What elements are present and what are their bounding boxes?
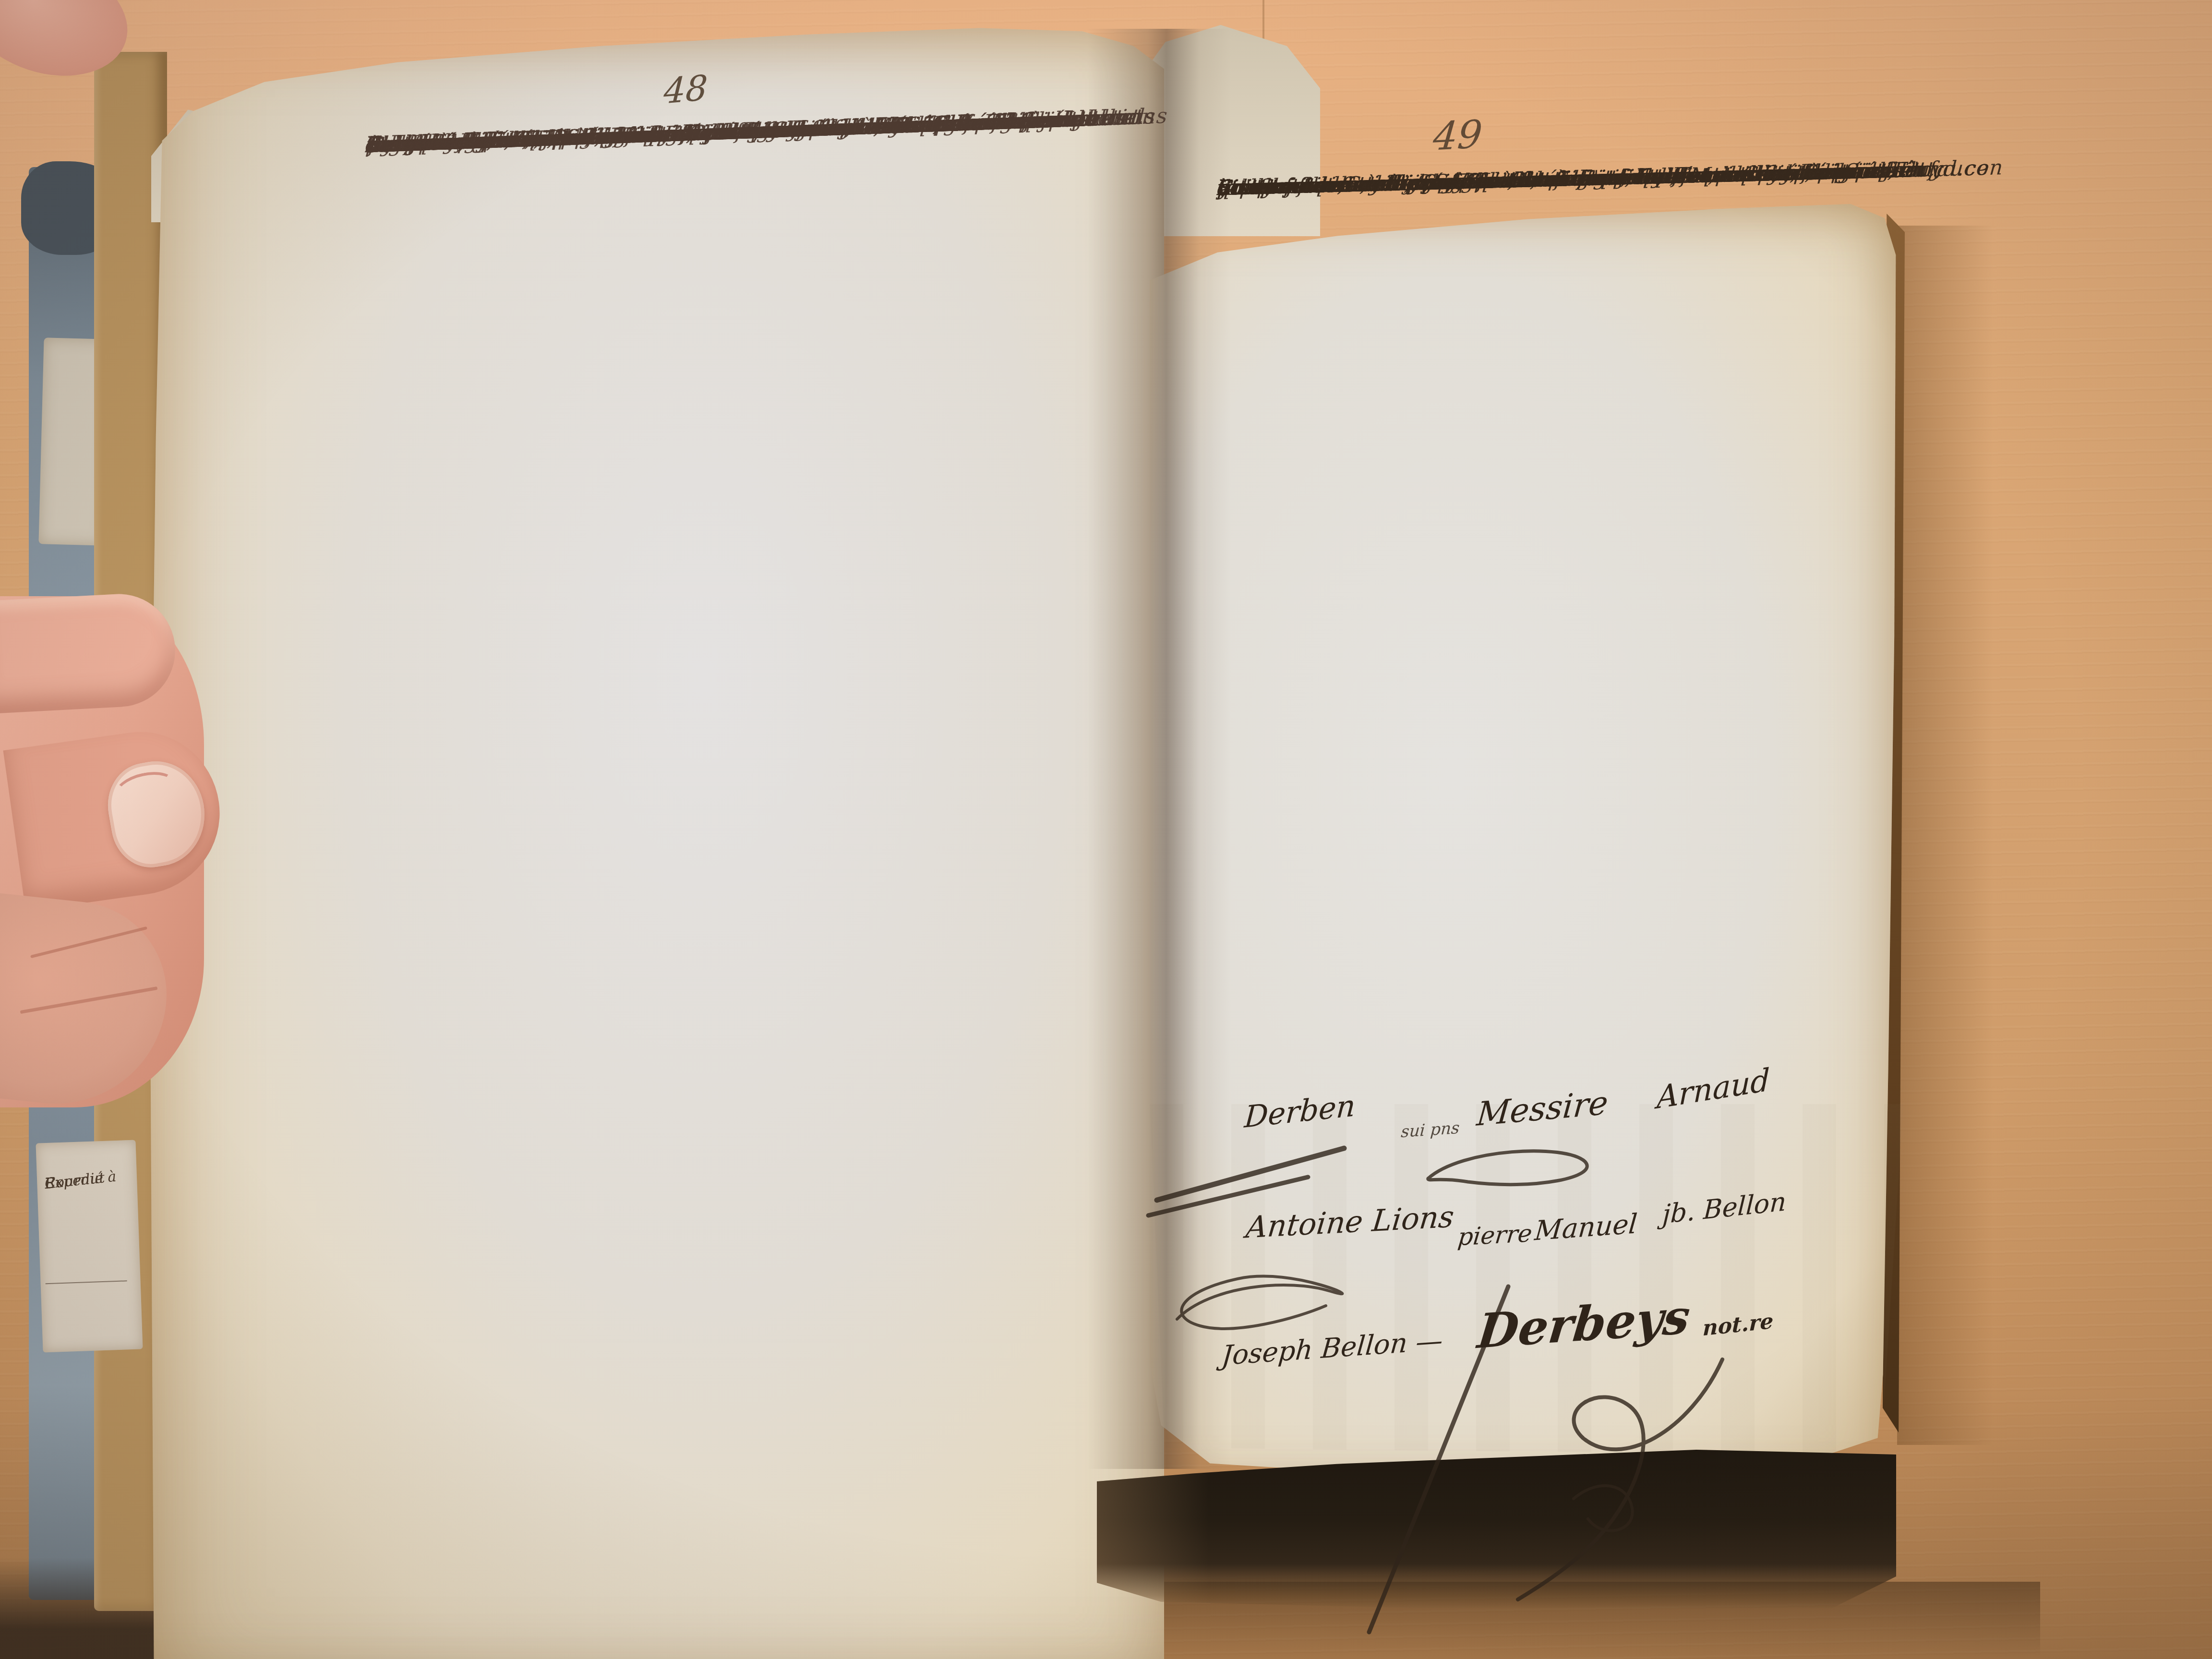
signature-flourishes [0,0,2212,1659]
index-finger [0,591,178,714]
photo-of-open-manuscript-book: 48 49 Signé de la Croix recommandé Son a… [0,0,2212,1659]
